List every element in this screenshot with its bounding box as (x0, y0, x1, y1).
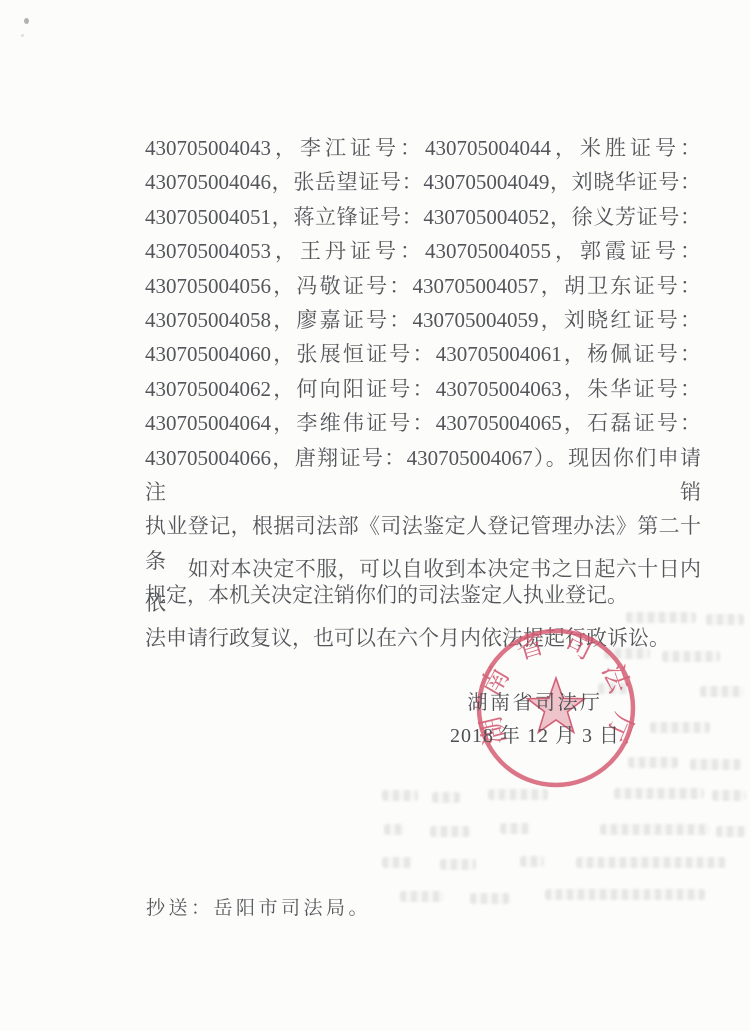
bleed-through-text (384, 824, 404, 835)
body-line: 430705004051，蒋立锋证号：430705004052，徐义芳证号： (145, 200, 701, 234)
body-line: 430705004058，廖嘉证号：430705004059，刘晓红证号： (145, 303, 701, 337)
bleed-through-text (700, 686, 744, 697)
bleed-through-text (690, 759, 742, 770)
bleed-through-text (650, 722, 710, 733)
body-line: 430705004066，唐翔证号：430705004067）。现因你们申请注销 (145, 441, 701, 510)
body-line: 430705004043，李江证号：430705004044，米胜证号： (145, 131, 701, 165)
body-line: 430705004056，冯敬证号：430705004057，胡卫东证号： (145, 269, 701, 303)
body-line: 430705004064，李维伟证号：430705004065，石磊证号： (145, 406, 701, 440)
body-line: 430705004062，何向阳证号：430705004063，朱华证号： (145, 372, 701, 406)
bleed-through-text (500, 823, 530, 834)
scanned-document-page: 430705004043，李江证号：430705004044，米胜证号： 430… (0, 0, 750, 1031)
bleed-through-text (520, 856, 544, 867)
bleed-through-text (716, 826, 746, 837)
body-line: 如对本决定不服，可以自收到本决定书之日起六十日内依 (145, 552, 701, 621)
body-line: 430705004053，王丹证号：430705004055，郭霞证号： (145, 234, 701, 268)
paper-speck (21, 34, 24, 37)
bleed-through-text (662, 651, 720, 662)
bleed-through-text (600, 824, 710, 835)
body-line: 430705004060，张展恒证号：430705004061，杨佩证号： (145, 337, 701, 371)
bleed-through-text (712, 790, 746, 801)
bleed-through-text (382, 857, 412, 868)
body-line: 430705004046，张岳望证号：430705004049，刘晓华证号： (145, 165, 701, 199)
bleed-through-text (432, 792, 460, 803)
issue-date: 2018 年 12 月 3 日 (425, 719, 645, 748)
bleed-through-text (626, 612, 696, 623)
body-paragraph-1: 430705004043，李江证号：430705004044，米胜证号： 430… (145, 131, 701, 613)
bleed-through-text (576, 857, 726, 868)
bleed-through-text (470, 893, 510, 904)
bleed-through-text (545, 889, 705, 900)
bleed-through-text (706, 614, 744, 625)
bleed-through-text (430, 826, 470, 837)
cc-line: 抄送：岳阳市司法局。 (146, 893, 371, 920)
bleed-through-text (400, 891, 444, 902)
bleed-through-text (382, 790, 418, 801)
paper-speck (24, 18, 29, 24)
bleed-through-text (440, 859, 476, 870)
issuing-authority: 湖南省司法厅 (440, 686, 630, 715)
